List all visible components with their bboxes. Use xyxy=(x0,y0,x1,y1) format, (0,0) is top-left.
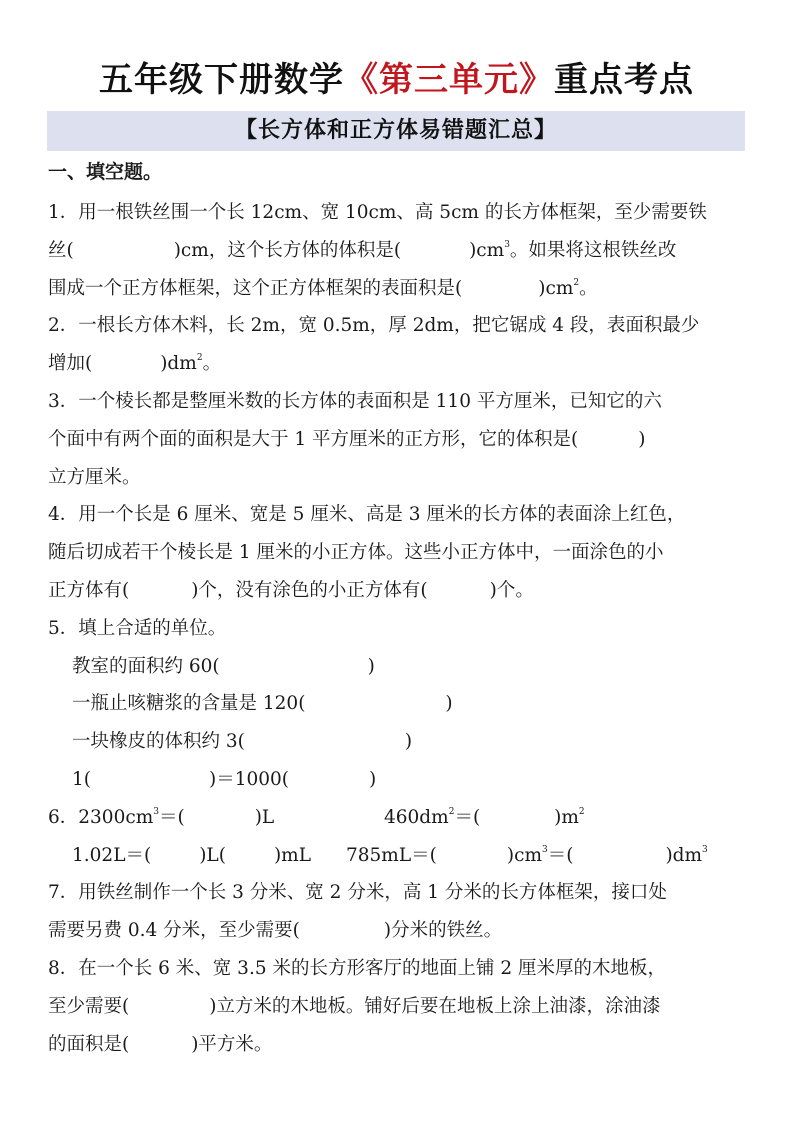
q6-line-1: 6．2300cm3＝()L 460dm2＝()m2 xyxy=(48,799,748,837)
title-unit: 《第三单元》 xyxy=(344,60,554,100)
q8-line-2: 至少需要()立方米的木地板。铺好后要在地板上涂上油漆，涂油漆 xyxy=(48,988,748,1026)
q4-line-1: 4．用一个长是 6 厘米、宽是 5 厘米、高是 3 厘米的长方体的表面涂上红色， xyxy=(48,496,748,534)
q1-line-2: 丝()cm，这个长方体的体积是()cm3。如果将这根铁丝改 xyxy=(48,232,748,270)
q6-part-b: 460dm2＝()m2 xyxy=(384,799,585,837)
q5-line-1: 5．填上合适的单位。 xyxy=(48,610,748,648)
q5-item-2: 一瓶止咳糖浆的含量是 120() xyxy=(48,685,748,723)
q6-part-d: 785mL＝()cm3＝()dm3 xyxy=(346,837,708,875)
questions: 1．用一根铁丝围一个长 12cm、宽 10cm、高 5cm 的长方体框架，至少需… xyxy=(48,194,748,1063)
q8-line-1: 8．在一个长 6 米、宽 3.5 米的长方形客厅的地面上铺 2 厘米厚的木地板， xyxy=(48,950,748,988)
q3-line-1: 3．一个棱长都是整厘米数的长方体的表面积是 110 平方厘米，已知它的六 xyxy=(48,383,748,421)
q1-line-1: 1．用一根铁丝围一个长 12cm、宽 10cm、高 5cm 的长方体框架，至少需… xyxy=(48,194,748,232)
subtitle-banner: 【长方体和正方体易错题汇总】 xyxy=(47,111,745,151)
q4-line-3: 正方体有()个，没有涂色的小正方体有()个。 xyxy=(48,572,748,610)
q7-line-1: 7．用铁丝制作一个长 3 分米、宽 2 分米，高 1 分米的长方体框架，接口处 xyxy=(48,874,748,912)
title-prefix: 五年级下册数学 xyxy=(99,60,344,100)
q1-line-3: 围成一个正方体框架，这个正方体框架的表面积是()cm2。 xyxy=(48,270,748,308)
page-title: 五年级下册数学《第三单元》重点考点 xyxy=(0,56,793,104)
q5-item-3: 一块橡皮的体积约 3() xyxy=(48,723,748,761)
q3-line-2: 个面中有两个面的面积是大于 1 平方厘米的正方形，它的体积是() xyxy=(48,421,748,459)
q8-line-3: 的面积是()平方米。 xyxy=(48,1026,748,1064)
q7-line-2: 需要另费 0.4 分米，至少需要()分米的铁丝。 xyxy=(48,912,748,950)
q5-item-4: 1()＝1000() xyxy=(48,761,748,799)
q3-line-3: 立方厘米。 xyxy=(48,459,748,497)
q2-line-2: 增加()dm2。 xyxy=(48,345,748,383)
title-suffix: 重点考点 xyxy=(554,60,694,100)
q2-line-1: 2．一根长方体木料，长 2m，宽 0.5m，厚 2dm，把它锯成 4 段，表面积… xyxy=(48,307,748,345)
subtitle: 【长方体和正方体易错题汇总】 xyxy=(235,118,557,143)
section-heading: 一、填空题。 xyxy=(48,158,162,186)
q4-line-2: 随后切成若干个棱长是 1 厘米的小正方体。这些小正方体中，一面涂色的小 xyxy=(48,534,748,572)
q5-item-1: 教室的面积约 60() xyxy=(48,648,748,686)
q6-line-2: 1.02L＝()L()mL 785mL＝()cm3＝()dm3 xyxy=(48,837,748,875)
